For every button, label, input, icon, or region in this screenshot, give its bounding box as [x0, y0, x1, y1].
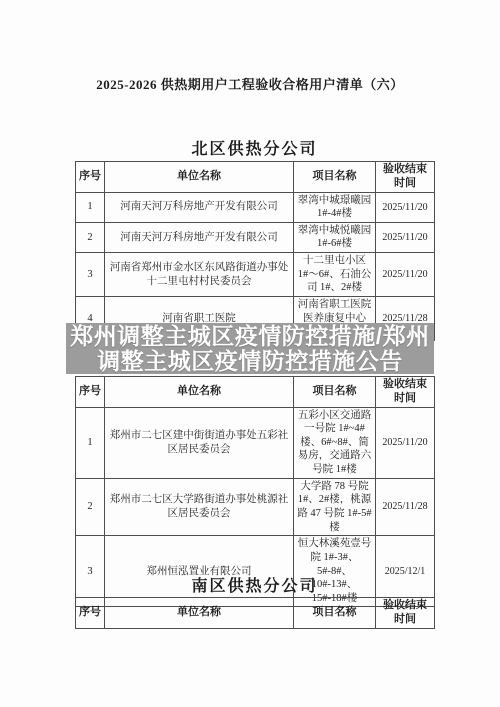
column-header-no: 序号	[76, 162, 105, 193]
cell-project: 翠湾中城璟曦园 1#-4#楼	[294, 192, 376, 222]
column-header-project: 项目名称	[294, 377, 376, 408]
cell-project: 十二里屯小区 1#～6#、石油公司 1#、2#楼	[294, 253, 376, 297]
section-title-north: 北区供热分公司	[75, 136, 434, 159]
news-caption-overlay: 郑州调整主城区疫情防控措施/郑州 调整主城区疫情防控措施公告	[66, 323, 434, 374]
cell-date: 2025/11/20	[376, 407, 435, 478]
acceptance-table-north: 序号 单位名称 项目名称 验收结束时间 1 河南天河万科房地产开发有限公司 翠湾…	[75, 161, 435, 341]
table-row: 1 河南天河万科房地产开发有限公司 翠湾中城璟曦园 1#-4#楼 2025/11…	[76, 192, 435, 222]
cell-unit: 河南省郑州市金水区东风路街道办事处十二里屯村村民委员会	[105, 253, 294, 297]
document-page: 2025-2026 供热期用户工程验收合格用户清单（六） 北区供热分公司 序号 …	[0, 0, 500, 707]
cell-unit: 河南天河万科房地产开发有限公司	[105, 222, 294, 252]
cell-date: 2025/11/20	[376, 222, 435, 252]
cell-date: 2025/11/20	[376, 192, 435, 222]
table-row: 2 河南天河万科房地产开发有限公司 翠湾中城悦曦园 1#-6#楼 2025/11…	[76, 222, 435, 252]
cell-no: 1	[76, 407, 105, 478]
table-row: 1 郑州市二七区建中街街道办事处五彩社区居民委员会 五彩小区交通路一号院 1#~…	[76, 407, 435, 478]
cell-no: 1	[76, 192, 105, 222]
column-header-unit: 单位名称	[105, 162, 294, 193]
document-title: 2025-2026 供热期用户工程验收合格用户清单（六）	[0, 74, 500, 93]
table-header-row: 序号 单位名称 项目名称 验收结束时间	[76, 377, 435, 408]
cell-no: 2	[76, 478, 105, 536]
column-header-date: 验收结束时间	[376, 377, 435, 408]
cell-no: 3	[76, 253, 105, 297]
cell-project: 五彩小区交通路一号院 1#~4#楼、6#~8#、简易房，交通路六号院 1#楼	[294, 407, 376, 478]
column-header-project: 项目名称	[294, 598, 376, 629]
cell-date: 2025/11/20	[376, 253, 435, 297]
overlay-text-line2: 调整主城区疫情防控措施公告	[97, 349, 403, 374]
table-row: 2 郑州市二七区大学路街道办事处桃源社区居民委员会 大学路 78 号院 1#、2…	[76, 478, 435, 536]
table-header-row: 序号 单位名称 项目名称 验收结束时间	[76, 162, 435, 193]
cell-project: 翠湾中城悦曦园 1#-6#楼	[294, 222, 376, 252]
table-header-row: 序号 单位名称 项目名称 验收结束时间	[76, 598, 435, 629]
column-header-unit: 单位名称	[105, 598, 294, 629]
cell-unit: 郑州市二七区建中街街道办事处五彩社区居民委员会	[105, 407, 294, 478]
cell-project: 大学路 78 号院 1#、2#楼，桃源路 47 号院 1#-5#楼	[294, 478, 376, 536]
cell-no: 2	[76, 222, 105, 252]
acceptance-table-south: 序号 单位名称 项目名称 验收结束时间	[75, 597, 435, 629]
cell-date: 2025/11/28	[376, 478, 435, 536]
column-header-date: 验收结束时间	[376, 598, 435, 629]
overlay-text-line1: 郑州调整主城区疫情防控措施/郑州	[70, 324, 429, 349]
cell-unit: 郑州市二七区大学路街道办事处桃源社区居民委员会	[105, 478, 294, 536]
column-header-project: 项目名称	[294, 162, 376, 193]
table-row: 3 河南省郑州市金水区东风路街道办事处十二里屯村村民委员会 十二里屯小区 1#～…	[76, 253, 435, 297]
cell-unit: 河南天河万科房地产开发有限公司	[105, 192, 294, 222]
section-title-south: 南区供热分公司	[75, 573, 434, 596]
column-header-no: 序号	[76, 598, 105, 629]
column-header-unit: 单位名称	[105, 377, 294, 408]
column-header-date: 验收结束时间	[376, 162, 435, 193]
column-header-no: 序号	[76, 377, 105, 408]
